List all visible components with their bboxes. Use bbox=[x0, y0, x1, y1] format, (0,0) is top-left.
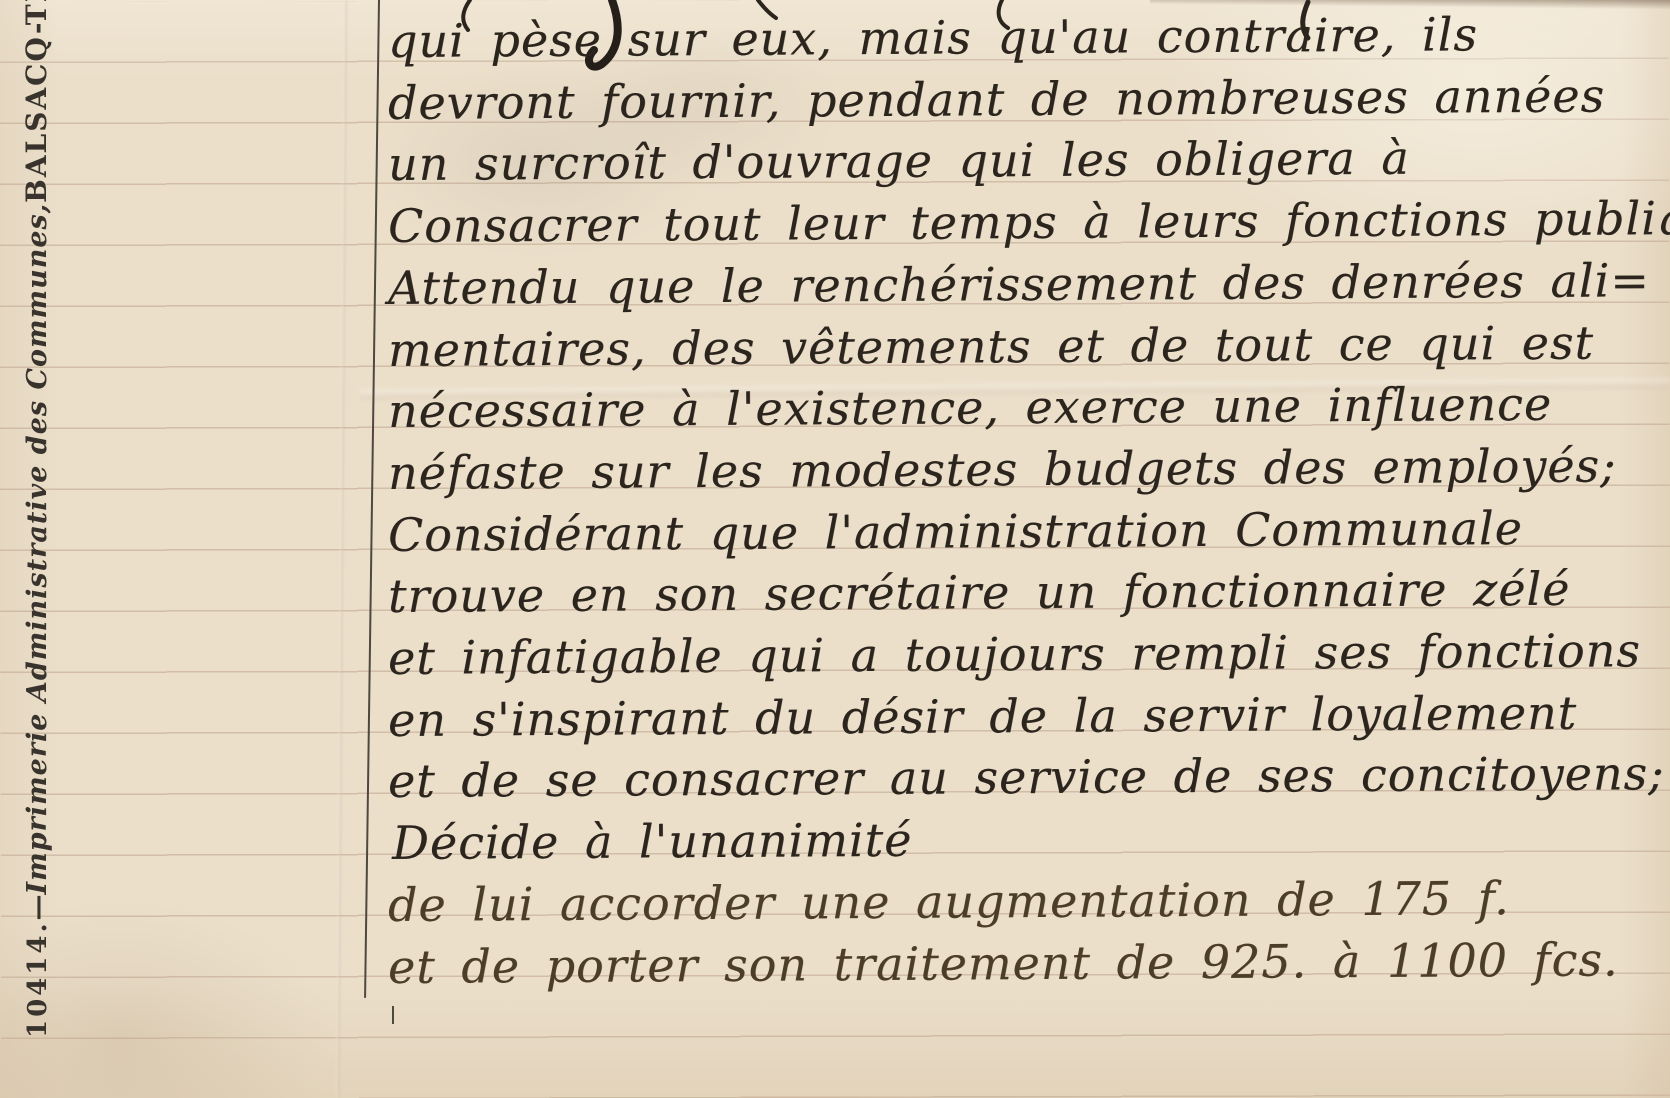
manuscript-line-6: mentaires, des vêtements et de tout ce q… bbox=[388, 316, 1594, 377]
manuscript-line-14: Décide à l'unanimité bbox=[392, 813, 913, 870]
manuscript-line-3: un surcroît d'ouvrage qui les obligera à bbox=[388, 131, 1410, 191]
manuscript-line-11: et infatigable qui a toujours rempli ses… bbox=[388, 623, 1641, 685]
manuscript-line-5: Attendu que le renchérissement des denré… bbox=[388, 253, 1650, 315]
imprint-printer-name: Imprimerie Administrative des Communes, bbox=[22, 203, 53, 895]
margin-rule-dash bbox=[392, 1006, 394, 1024]
manuscript-line-8: néfaste sur les modestes budgets des emp… bbox=[388, 438, 1617, 500]
manuscript-line-2: devront fournir, pendant de nombreuses a… bbox=[388, 69, 1605, 130]
imprint-number: 10414. bbox=[23, 920, 53, 1038]
manuscript-line-7: nécessaire à l'existence, exerce une inf… bbox=[388, 377, 1552, 438]
manuscript-line-13: et de se consacrer au service de ses con… bbox=[388, 746, 1665, 808]
manuscript-line-16: et de porter son traitement de 925. à 11… bbox=[388, 932, 1619, 994]
manuscript-line-12: en s'inspirant du désir de la servir loy… bbox=[388, 686, 1577, 747]
manuscript-line-10: trouve en son secrétaire un fonctionnair… bbox=[388, 562, 1571, 623]
manuscript-line-4: Consacrer tout leur temps à leurs foncti… bbox=[388, 190, 1670, 253]
document-page: 10414. — Imprimerie Administrative des C… bbox=[0, 0, 1670, 1098]
manuscript-line-1: qui pèse sur eux, mais qu'au contraire, … bbox=[388, 7, 1478, 68]
manuscript-line-9: Considérant que l'administration Communa… bbox=[388, 501, 1523, 562]
manuscript-line-15: de lui accorder une augmentation de 175 … bbox=[388, 871, 1510, 932]
imprint-dash: — bbox=[23, 894, 53, 920]
printer-imprint: 10414. — Imprimerie Administrative des C… bbox=[20, 6, 64, 1038]
